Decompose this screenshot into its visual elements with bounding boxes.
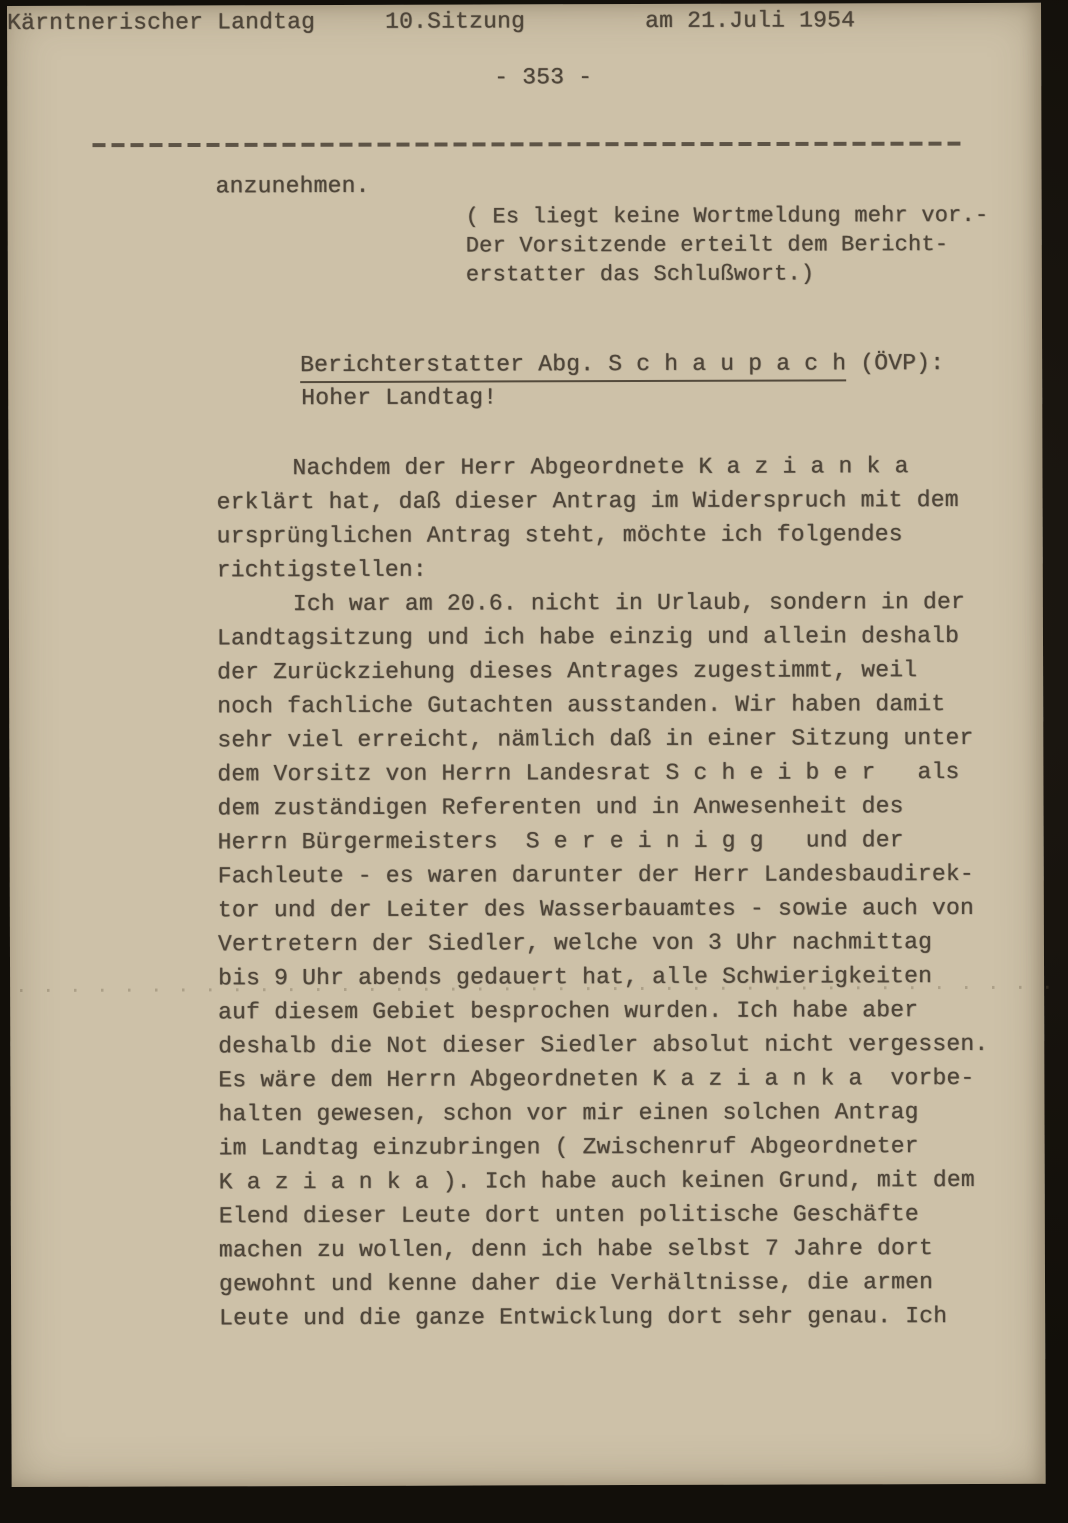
header-date: am 21.Juli 1954 — [645, 3, 855, 38]
body-paragraph: Nachdem der Herr Abgeordnete K a z i a n… — [216, 449, 987, 587]
text-line: im Landtag einzubringen ( Zwischenruf Ab… — [219, 1129, 989, 1165]
text-line: erklärt hat, daß dieser Antrag im Widers… — [217, 483, 987, 519]
speech-body: Nachdem der Herr Abgeordnete K a z i a n… — [216, 449, 989, 1335]
text-line: Leute und die ganze Entwicklung dort seh… — [219, 1299, 989, 1335]
text-line: der Zurückziehung dieses Antrages zugest… — [217, 653, 987, 689]
page-header: Kärntnerischer Landtag 10.Sitzung am 21.… — [7, 3, 887, 40]
text-line: gewohnt und kenne daher die Verhältnisse… — [219, 1265, 989, 1301]
text-line: tor und der Leiter des Wasserbauamtes - … — [218, 891, 988, 927]
text-line: deshalb die Not dieser Siedler absolut n… — [218, 1027, 988, 1063]
salutation: Hoher Landtag! — [301, 380, 497, 415]
text-line: Vertretern der Siedler, welche von 3 Uhr… — [218, 925, 988, 961]
text-line: richtigstellen: — [217, 551, 987, 587]
text-line: machen zu wollen, denn ich habe selbst 7… — [219, 1231, 989, 1267]
speaker-party: (ÖVP): — [846, 350, 944, 376]
text-line: dem zuständigen Referenten und in Anwese… — [217, 789, 987, 825]
text-line: Ich war am 20.6. nicht in Urlaub, sonder… — [217, 585, 987, 621]
page-number: - 353 - — [494, 60, 592, 94]
document-scan: - 353 - Kärntnerischer Landtag 10.Sitzun… — [0, 0, 1068, 1523]
text-line: K a z i a n k a ). Ich habe auch keinen … — [219, 1163, 989, 1199]
text-line: erstatter das Schlußwort.) — [466, 259, 989, 290]
text-line: noch fachliche Gutachten ausstanden. Wir… — [217, 687, 987, 723]
text-line: sehr viel erreicht, nämlich daß in einer… — [217, 721, 987, 757]
text-line: dem Vorsitz von Herrn Landesrat S c h e … — [217, 755, 987, 791]
text-line: ursprünglichen Antrag steht, möchte ich … — [217, 517, 987, 553]
text-line: auf diesem Gebiet besprochen wurden. Ich… — [218, 993, 988, 1029]
text-line: Nachdem der Herr Abgeordnete K a z i a n… — [216, 449, 986, 485]
text-line: ( Es liegt keine Wortmeldung mehr vor.- — [466, 201, 989, 232]
header-title: Kärntnerischer Landtag — [7, 5, 315, 40]
text-line: Fachleute - es waren darunter der Herr L… — [218, 857, 988, 893]
text-line: Herrn Bürgermeisters S e r e i n i g g u… — [218, 823, 988, 859]
text-line: Elend dieser Leute dort unten politische… — [219, 1197, 989, 1233]
text-line: halten gewesen, schon vor mir einen solc… — [218, 1095, 988, 1131]
paper-sheet: - 353 - Kärntnerischer Landtag 10.Sitzun… — [7, 3, 1046, 1487]
text-line: Es wäre dem Herrn Abgeordneten K a z i a… — [218, 1061, 988, 1097]
speaker-name-underlined: Berichterstatter Abg. S c h a u p a c h — [300, 350, 846, 383]
text-line: Landtagsitzung und ich habe einzig und a… — [217, 619, 987, 655]
lead-word: anzunehmen. — [216, 169, 370, 203]
typed-dash-underline — [92, 142, 960, 148]
stage-direction: ( Es liegt keine Wortmeldung mehr vor.-D… — [466, 201, 989, 290]
header-session-number: 10.Sitzung — [385, 4, 525, 38]
body-paragraph: Ich war am 20.6. nicht in Urlaub, sonder… — [217, 585, 989, 1335]
text-line: Der Vorsitzende erteilt dem Bericht- — [466, 230, 989, 261]
